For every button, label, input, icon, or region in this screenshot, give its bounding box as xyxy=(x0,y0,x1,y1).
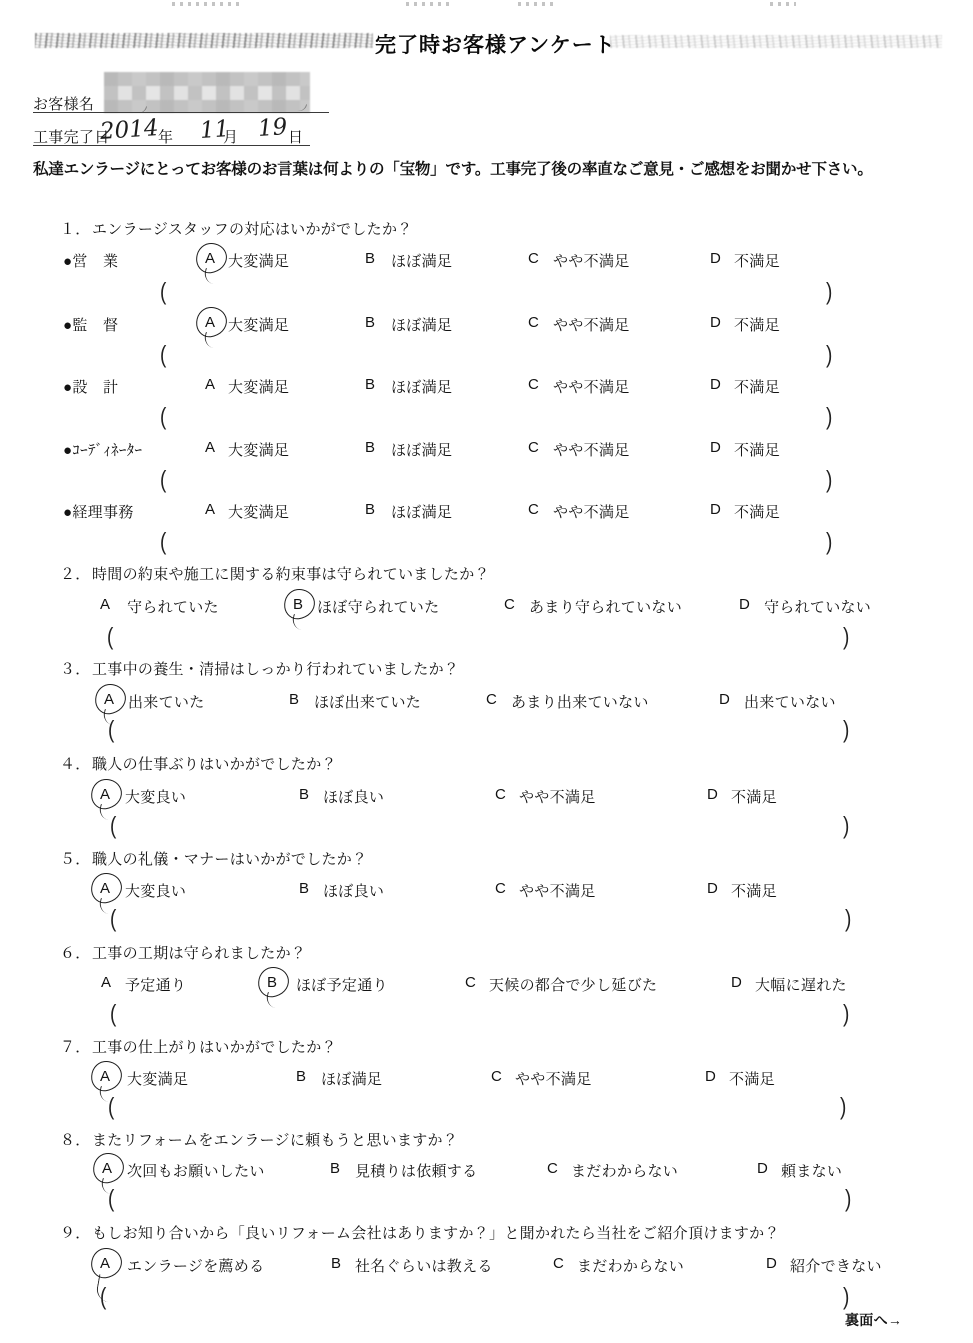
option-b-text: ほぼ出来ていた xyxy=(314,691,421,712)
option-c-text: まだわからない xyxy=(571,1160,678,1181)
option-c-letter: C xyxy=(528,376,539,393)
comment-paren-open: ( xyxy=(110,1001,117,1029)
comment-paren-open: ( xyxy=(160,467,167,495)
option-a-text: 大変良い xyxy=(125,880,186,901)
option-b-letter: B xyxy=(299,786,309,803)
question-text: エンラージスタッフの対応はいかがでしたか？ xyxy=(92,218,413,239)
option-a-text: 大変良い xyxy=(125,786,186,807)
year-unit: 年 xyxy=(158,126,173,147)
option-d-letter: D xyxy=(710,250,721,267)
comment-paren-open: ( xyxy=(110,906,117,934)
option-b-text: ほぼ予定通り xyxy=(296,974,388,995)
option-d-text: 不満足 xyxy=(734,439,780,460)
question-number: ７． xyxy=(60,1036,91,1057)
question-text: 工事の仕上がりはいかがでしたか？ xyxy=(92,1036,337,1057)
option-b-text: 見積りは依頼する xyxy=(355,1160,477,1181)
comment-paren-open: ( xyxy=(107,624,114,652)
staff-role-label: ●監 督 xyxy=(63,314,118,335)
question-number: ８． xyxy=(60,1129,91,1150)
option-a-text: 次回もお願いしたい xyxy=(127,1160,265,1181)
option-c-text: やや不満足 xyxy=(519,786,596,807)
redacted-strip-right xyxy=(610,35,942,48)
option-c-text: やや不満足 xyxy=(553,501,630,522)
question-number: ９． xyxy=(60,1222,91,1243)
option-b-letter: B xyxy=(365,376,375,393)
staff-role-label: ●ｺｰﾃﾞｨﾈｰﾀｰ xyxy=(63,439,142,460)
option-c-letter: C xyxy=(528,439,539,456)
option-c-letter: C xyxy=(465,974,476,991)
option-d-text: 不満足 xyxy=(734,376,780,397)
question-text: 職人の仕事ぶりはいかがでしたか？ xyxy=(92,753,337,774)
staff-role-label: ●経理事務 xyxy=(63,501,134,522)
option-b-text: ほぼ守られていた xyxy=(317,596,439,617)
option-c-letter: C xyxy=(495,786,506,803)
option-b-text: 社名ぐらいは教える xyxy=(355,1255,493,1276)
comment-paren-open: ( xyxy=(160,279,167,307)
option-b-letter: B xyxy=(365,501,375,518)
redacted-strip-left xyxy=(35,33,373,48)
option-a-text: 大変満足 xyxy=(228,376,289,397)
question-number: ５． xyxy=(60,848,91,869)
option-c-text: やや不満足 xyxy=(553,376,630,397)
completion-date-underline xyxy=(33,145,310,146)
comment-paren-close: ) xyxy=(826,342,833,370)
option-d-text: 不満足 xyxy=(729,1068,775,1089)
option-a-letter: A xyxy=(205,376,215,393)
option-d-text: 不満足 xyxy=(731,880,777,901)
comment-paren-close: ) xyxy=(826,529,833,557)
option-c-letter: C xyxy=(491,1068,502,1085)
option-d-text: 頼まない xyxy=(781,1160,842,1181)
selected-answer-circle: A xyxy=(205,250,215,267)
selected-answer-circle: A xyxy=(100,1068,110,1085)
question-number: ３． xyxy=(60,658,91,679)
comment-paren-close: ) xyxy=(845,906,852,934)
option-d-letter: D xyxy=(710,314,721,331)
intro-text: 私達エンラージにとってお客様のお言葉は何よりの「宝物」です。工事完了後の率直なご… xyxy=(33,157,873,179)
comment-paren-close: ) xyxy=(843,1001,850,1029)
option-c-text: あまり出来ていない xyxy=(511,691,649,712)
selected-answer-circle: A xyxy=(100,880,110,897)
option-d-letter: D xyxy=(719,691,730,708)
option-b-text: ほぼ満足 xyxy=(391,501,452,522)
staff-role-label: ●営 業 xyxy=(63,250,118,271)
scan-bleed-mark xyxy=(406,2,454,6)
comment-paren-close: ) xyxy=(843,624,850,652)
comment-paren-close: ) xyxy=(840,1094,847,1122)
comment-paren-close: ) xyxy=(826,279,833,307)
option-c-text: やや不満足 xyxy=(553,314,630,335)
comment-paren-close: ) xyxy=(826,467,833,495)
option-d-text: 大幅に遅れた xyxy=(755,974,847,995)
option-a-text: 出来ていた xyxy=(128,691,205,712)
option-a-text: 大変満足 xyxy=(228,250,289,271)
option-b-letter: B xyxy=(296,1068,306,1085)
option-d-letter: D xyxy=(705,1068,716,1085)
question-number: ４． xyxy=(60,753,91,774)
selected-answer-circle: A xyxy=(102,1160,112,1177)
option-b-letter: B xyxy=(365,314,375,331)
option-c-text: 天候の都合で少し延びた xyxy=(489,974,657,995)
comment-paren-close: ) xyxy=(843,717,850,745)
option-b-text: ほぼ満足 xyxy=(391,439,452,460)
comment-paren-close: ) xyxy=(845,1186,852,1214)
scanned-survey-page: 完了時お客様アンケート お客様名 工事完了日 2014 年 11 月 19 日 … xyxy=(0,0,973,1343)
scan-bleed-mark xyxy=(172,2,244,6)
option-b-letter: B xyxy=(331,1255,341,1272)
comment-paren-open: ( xyxy=(108,1186,115,1214)
option-c-letter: C xyxy=(528,250,539,267)
scan-bleed-mark xyxy=(518,2,554,6)
back-side-note: 裏面へ→ xyxy=(845,1310,902,1330)
option-b-text: ほぼ満足 xyxy=(391,376,452,397)
question-text: もしお知り合いから「良いリフォーム会社はありますか？」と聞かれたら当社をご紹介頂… xyxy=(92,1222,780,1243)
customer-name-label: お客様名 xyxy=(33,93,94,114)
selected-answer-circle: A xyxy=(205,314,215,331)
question-number: １． xyxy=(60,218,91,239)
selected-answer-circle: A xyxy=(100,786,110,803)
option-b-letter: B xyxy=(365,250,375,267)
option-b-text: ほぼ良い xyxy=(323,786,384,807)
option-b-text: ほぼ満足 xyxy=(321,1068,382,1089)
comment-paren-open: ( xyxy=(160,404,167,432)
option-d-letter: D xyxy=(710,439,721,456)
option-d-text: 不満足 xyxy=(734,501,780,522)
question-number: ６． xyxy=(60,942,91,963)
option-b-text: ほぼ良い xyxy=(323,880,384,901)
question-number: ２． xyxy=(60,563,91,584)
selected-answer-circle: A xyxy=(104,691,114,708)
comment-paren-open: ( xyxy=(110,813,117,841)
selected-answer-circle: B xyxy=(267,974,277,991)
option-a-letter: A xyxy=(100,596,110,613)
option-a-letter: A xyxy=(101,974,111,991)
option-a-text: 予定通り xyxy=(125,974,186,995)
option-b-letter: B xyxy=(365,439,375,456)
selected-answer-circle: A xyxy=(100,1255,110,1272)
question-text: 職人の礼儀・マナーはいかがでしたか？ xyxy=(92,848,367,869)
page-title: 完了時お客様アンケート xyxy=(375,29,616,59)
option-c-letter: C xyxy=(553,1255,564,1272)
option-c-letter: C xyxy=(528,314,539,331)
question-text: 工事の工期は守られましたか？ xyxy=(92,942,306,963)
option-d-letter: D xyxy=(707,786,718,803)
option-d-text: 不満足 xyxy=(734,250,780,271)
option-c-text: やや不満足 xyxy=(519,880,596,901)
comment-paren-open: ( xyxy=(100,1284,107,1312)
option-a-text: エンラージを薦める xyxy=(127,1255,264,1276)
option-b-text: ほぼ満足 xyxy=(391,250,452,271)
comment-paren-open: ( xyxy=(108,717,115,745)
option-c-letter: C xyxy=(495,880,506,897)
comment-paren-close: ) xyxy=(826,404,833,432)
option-d-letter: D xyxy=(766,1255,777,1272)
completion-date-label: 工事完了日 xyxy=(33,126,110,147)
option-d-letter: D xyxy=(731,974,742,991)
option-b-letter: B xyxy=(299,880,309,897)
handwritten-day: 19 xyxy=(257,114,288,142)
option-d-text: 紹介できない xyxy=(790,1255,882,1276)
option-d-text: 守られていない xyxy=(764,596,871,617)
option-c-letter: C xyxy=(547,1160,558,1177)
handwritten-year: 2014 xyxy=(99,115,159,145)
option-c-text: まだわからない xyxy=(577,1255,684,1276)
option-d-letter: D xyxy=(707,880,718,897)
option-d-letter: D xyxy=(710,501,721,518)
option-b-text: ほぼ満足 xyxy=(391,314,452,335)
option-a-text: 守られていた xyxy=(127,596,219,617)
day-unit: 日 xyxy=(288,126,303,147)
option-a-text: 大変満足 xyxy=(228,314,289,335)
option-b-letter: B xyxy=(330,1160,340,1177)
option-c-letter: C xyxy=(504,596,515,613)
option-c-letter: C xyxy=(528,501,539,518)
question-text: またリフォームをエンラージに頼もうと思いますか？ xyxy=(92,1129,458,1150)
comment-paren-open: ( xyxy=(108,1094,115,1122)
question-text: 時間の約束や施工に関する約束事は守られていましたか？ xyxy=(92,563,490,584)
redacted-customer-name xyxy=(104,72,310,113)
option-d-letter: D xyxy=(757,1160,768,1177)
comment-paren-open: ( xyxy=(160,342,167,370)
comment-paren-open: ( xyxy=(160,529,167,557)
customer-name-underline xyxy=(33,112,329,113)
option-a-letter: A xyxy=(205,501,215,518)
option-a-text: 大変満足 xyxy=(228,439,289,460)
question-text: 工事中の養生・清掃はしっかり行われていましたか？ xyxy=(92,658,459,679)
option-c-text: やや不満足 xyxy=(515,1068,592,1089)
option-a-letter: A xyxy=(205,439,215,456)
option-d-text: 出来ていない xyxy=(744,691,836,712)
option-a-text: 大変満足 xyxy=(228,501,289,522)
scan-bleed-mark xyxy=(770,2,796,6)
option-a-text: 大変満足 xyxy=(127,1068,188,1089)
option-d-text: 不満足 xyxy=(734,314,780,335)
selected-answer-circle: B xyxy=(293,596,303,613)
option-c-letter: C xyxy=(486,691,497,708)
staff-role-label: ●設 計 xyxy=(63,376,118,397)
comment-paren-close: ) xyxy=(843,813,850,841)
pen-mark xyxy=(137,104,147,115)
option-d-letter: D xyxy=(739,596,750,613)
option-c-text: あまり守られていない xyxy=(529,596,682,617)
option-c-text: やや不満足 xyxy=(553,250,630,271)
option-d-letter: D xyxy=(710,376,721,393)
option-b-letter: B xyxy=(289,691,299,708)
month-unit: 月 xyxy=(223,126,238,147)
option-d-text: 不満足 xyxy=(731,786,777,807)
option-c-text: やや不満足 xyxy=(553,439,630,460)
comment-paren-close: ) xyxy=(843,1284,850,1312)
